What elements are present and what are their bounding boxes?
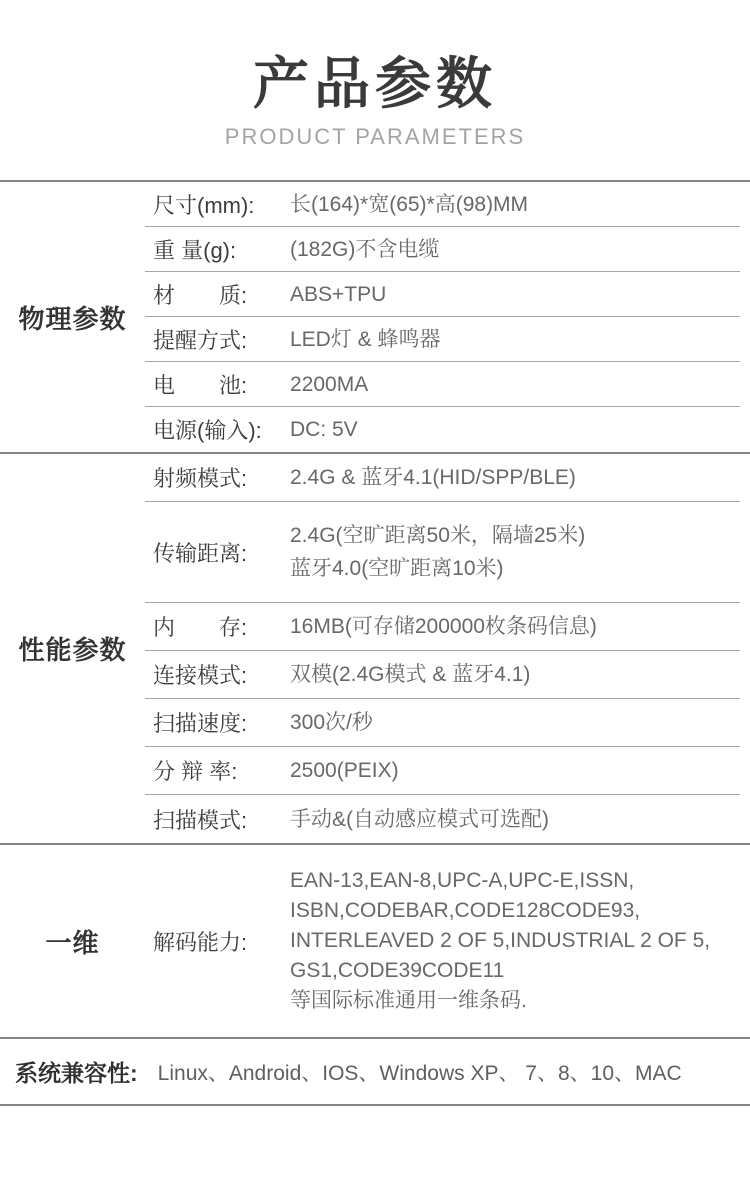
row-value-line: 2.4G(空旷距离50米，隔墙25米) — [290, 519, 585, 552]
row-label: 电 池: — [153, 369, 290, 400]
row-value: 2500(PEIX) — [290, 757, 399, 784]
row-scan-speed: 扫描速度: 300次/秒 — [145, 699, 740, 747]
compat-label: 系统兼容性: — [15, 1055, 138, 1088]
row-memory: 内 存: 16MB(可存储200000枚条码信息) — [145, 603, 740, 651]
row-material: 材 质: ABS+TPU — [145, 272, 740, 317]
row-weight: 重 量(g): (182G)不含电缆 — [145, 227, 740, 272]
row-value: 2.4G(空旷距离50米，隔墙25米) 蓝牙4.0(空旷距离10米) — [290, 519, 585, 585]
section-physical: 物理参数 尺寸(mm): 长(164)*宽(65)*高(98)MM 重 量(g)… — [0, 180, 750, 452]
section-performance: 性能参数 射频模式: 2.4G & 蓝牙4.1(HID/SPP/BLE) 传输距… — [0, 452, 750, 843]
row-label: 扫描速度: — [153, 707, 290, 738]
page-subtitle: PRODUCT PARAMETERS — [0, 124, 750, 150]
section-rows: 解码能力: EAN-13,EAN-8,UPC-A,UPC-E,ISSN, ISB… — [145, 845, 740, 1037]
row-connection-mode: 连接模式: 双模(2.4G模式 & 蓝牙4.1) — [145, 651, 740, 699]
section-rows: 尺寸(mm): 长(164)*宽(65)*高(98)MM 重 量(g): (18… — [145, 182, 740, 452]
section-label-1d: 一维 — [45, 923, 99, 960]
row-resolution: 分 辩 率: 2500(PEIX) — [145, 747, 740, 795]
row-value-line: ISBN,CODEBAR,CODE128CODE93, — [290, 896, 710, 926]
row-label: 解码能力: — [153, 926, 290, 957]
row-rf-mode: 射频模式: 2.4G & 蓝牙4.1(HID/SPP/BLE) — [145, 454, 740, 502]
section-label-col: 物理参数 — [0, 182, 145, 452]
row-label: 传输距离: — [153, 537, 290, 568]
section-label-col: 性能参数 — [0, 454, 145, 843]
row-label: 射频模式: — [153, 462, 290, 493]
row-label: 尺寸(mm): — [153, 189, 290, 220]
row-value-line: GS1,CODE39CODE11 — [290, 956, 710, 986]
row-value: 16MB(可存储200000枚条码信息) — [290, 613, 597, 640]
section-label-performance: 性能参数 — [18, 630, 126, 667]
row-label: 电源(输入): — [153, 414, 290, 445]
row-label: 重 量(g): — [153, 234, 290, 265]
row-value: EAN-13,EAN-8,UPC-A,UPC-E,ISSN, ISBN,CODE… — [290, 866, 710, 1016]
row-value: 长(164)*宽(65)*高(98)MM — [290, 191, 528, 218]
row-label: 提醒方式: — [153, 324, 290, 355]
row-value-line: 蓝牙4.0(空旷距离10米) — [290, 552, 585, 585]
row-label: 内 存: — [153, 611, 290, 642]
row-value: 2.4G & 蓝牙4.1(HID/SPP/BLE) — [290, 464, 576, 491]
row-dimensions: 尺寸(mm): 长(164)*宽(65)*高(98)MM — [145, 182, 740, 227]
page-title: 产品参数 — [0, 52, 750, 116]
row-value: DC: 5V — [290, 416, 358, 443]
row-scan-mode: 扫描模式: 手动&(自动感应模式可选配) — [145, 795, 740, 843]
row-value: 双模(2.4G模式 & 蓝牙4.1) — [290, 661, 530, 688]
row-value: (182G)不含电缆 — [290, 236, 439, 263]
row-value-line: INTERLEAVED 2 OF 5,INDUSTRIAL 2 OF 5, — [290, 926, 710, 956]
row-value-line: EAN-13,EAN-8,UPC-A,UPC-E,ISSN, — [290, 866, 710, 896]
row-value: ABS+TPU — [290, 281, 386, 308]
compat-value: Linux、Android、IOS、Windows XP、 7、8、10、MAC — [158, 1057, 682, 1087]
row-battery: 电 池: 2200MA — [145, 362, 740, 407]
row-label: 分 辩 率: — [153, 755, 290, 786]
row-value-line: 等国际标准通用一维条码. — [290, 986, 710, 1016]
section-rows: 射频模式: 2.4G & 蓝牙4.1(HID/SPP/BLE) 传输距离: 2.… — [145, 454, 740, 843]
section-compatibility: 系统兼容性: Linux、Android、IOS、Windows XP、 7、8… — [0, 1037, 750, 1106]
row-value: 手动&(自动感应模式可选配) — [290, 806, 549, 833]
row-value: 300次/秒 — [290, 709, 373, 736]
row-power-input: 电源(输入): DC: 5V — [145, 407, 740, 452]
row-alert-mode: 提醒方式: LED灯 & 蜂鸣器 — [145, 317, 740, 362]
product-parameters-page: 产品参数 PRODUCT PARAMETERS 物理参数 尺寸(mm): 长(1… — [0, 0, 750, 1185]
section-label-col: 一维 — [0, 845, 145, 1037]
row-value: LED灯 & 蜂鸣器 — [290, 326, 441, 353]
row-decode-capability: 解码能力: EAN-13,EAN-8,UPC-A,UPC-E,ISSN, ISB… — [145, 845, 740, 1037]
section-label-physical: 物理参数 — [18, 299, 126, 336]
row-value: 2200MA — [290, 371, 368, 398]
spec-table: 物理参数 尺寸(mm): 长(164)*宽(65)*高(98)MM 重 量(g)… — [0, 180, 750, 1106]
row-system-compatibility: 系统兼容性: Linux、Android、IOS、Windows XP、 7、8… — [0, 1039, 682, 1104]
row-label: 扫描模式: — [153, 804, 290, 835]
header: 产品参数 PRODUCT PARAMETERS — [0, 0, 750, 150]
section-barcode-1d: 一维 解码能力: EAN-13,EAN-8,UPC-A,UPC-E,ISSN, … — [0, 843, 750, 1037]
row-transmission-distance: 传输距离: 2.4G(空旷距离50米，隔墙25米) 蓝牙4.0(空旷距离10米) — [145, 502, 740, 603]
row-label: 材 质: — [153, 279, 290, 310]
row-label: 连接模式: — [153, 659, 290, 690]
